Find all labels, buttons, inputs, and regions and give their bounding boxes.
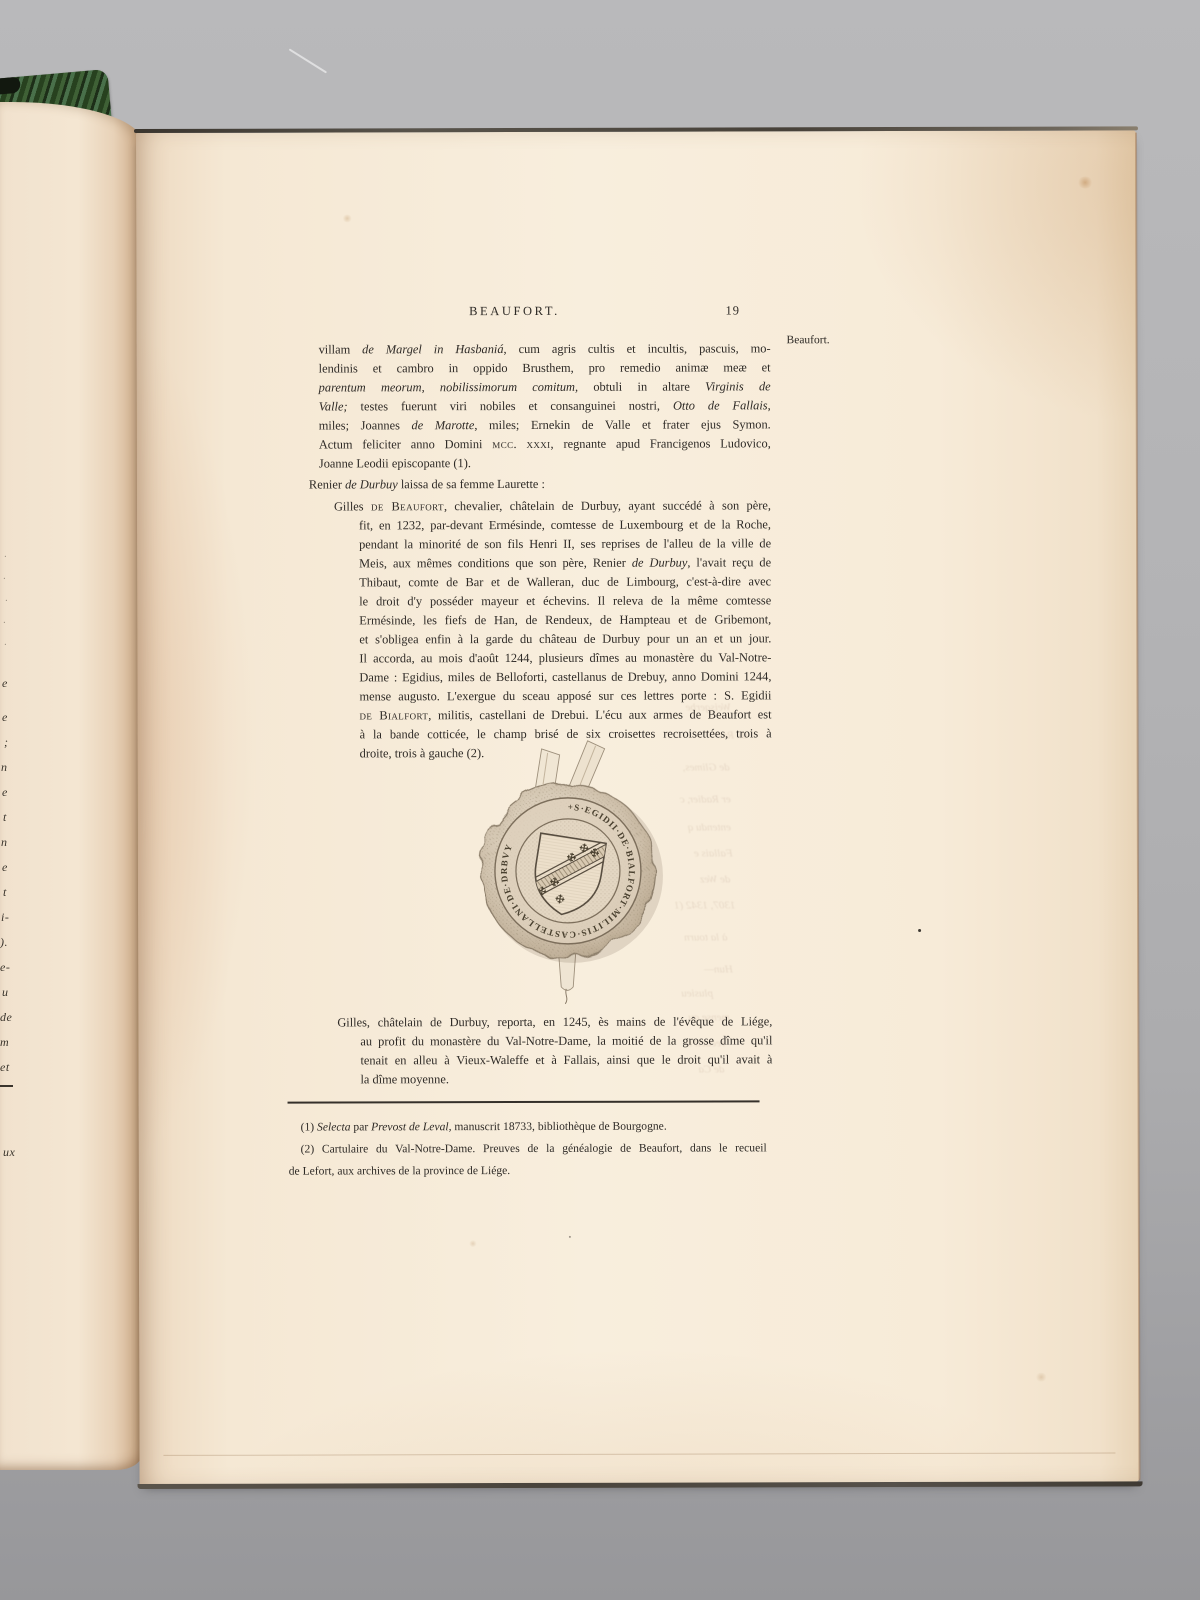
- text-line: Valle; testes fuerunt viri nobiles et co…: [319, 396, 771, 416]
- text-fragment: ;: [4, 735, 9, 750]
- text-line: fit, en 1232, par-devant Ermésinde, comt…: [359, 515, 771, 535]
- text-fragment: —: [0, 1085, 13, 1087]
- text-line: Gilles, châtelain de Durbuy, reporta, en…: [360, 1012, 772, 1032]
- text-fragment: ·: [3, 618, 6, 629]
- text-fragment: ux: [3, 1145, 15, 1160]
- text-fragment: Fallais e: [694, 847, 733, 859]
- text-line: (2) Cartulaire du Val-Notre-Dame. Preuve…: [289, 1137, 767, 1160]
- page-crease: [163, 1452, 1115, 1455]
- text-fragment: ·: [3, 574, 6, 585]
- running-head: BEAUFORT. 19: [318, 301, 770, 318]
- text-line: Thibaut, comte de Bar et de Walleran, du…: [359, 572, 771, 592]
- text-line: (1) Selecta par Prevost de Leval, manusc…: [289, 1115, 767, 1138]
- text-fragment: e: [2, 860, 8, 875]
- text-line: et s'obligea enfin à la garde du château…: [359, 629, 771, 649]
- text-line: tenait en alleu à Vieux-Waleffe et à Fal…: [360, 1050, 772, 1070]
- text-fragment: e: [2, 785, 8, 800]
- text-fragment: e-: [0, 960, 10, 975]
- text-line: le droit d'y posséder mayeur et échevins…: [359, 591, 771, 611]
- text-fragment: ·: [5, 596, 8, 607]
- text-fragment: t: [3, 810, 7, 825]
- text-fragment: à la tourn: [684, 931, 727, 943]
- text-fragment: et: [0, 1060, 10, 1075]
- text-fragment: de: [0, 1010, 12, 1025]
- text-fragment: de Glimes,: [683, 761, 730, 773]
- paragraph-gilles-chatelain: Gilles, châtelain de Durbuy, reporta, en…: [360, 1012, 772, 1089]
- book-photograph: { "colors":{"background_gray":"#b3b3b5",…: [0, 0, 1200, 1600]
- text-fragment: de Wez: [700, 873, 730, 885]
- text-fragment: entendu q: [688, 821, 731, 833]
- text-fragment: er Radier, c: [680, 793, 731, 805]
- facing-page-text-fragments: ·····ee;netneti-).e-udemet—ux: [0, 0, 30, 1600]
- text-line: au profit du monastère du Val-Notre-Dame…: [360, 1031, 772, 1051]
- text-fragment: e: [2, 710, 8, 725]
- text-line: pendant la minorité de son fils Henri II…: [359, 534, 771, 554]
- text-fragment: 1307, 1342 (1: [674, 899, 735, 911]
- text-line: Ermésinde, les fiefs de Han, de Rendeux,…: [359, 610, 771, 630]
- text-line: lendinis et cambro in oppido Brusthem, p…: [319, 358, 771, 378]
- text-fragment: u: [2, 985, 9, 1000]
- foxing-spot: [1077, 176, 1093, 188]
- text-line: Meis, aux mêmes conditions que son père,…: [359, 553, 771, 573]
- foxing-spot: [342, 214, 352, 222]
- page-top-edge: [134, 126, 1138, 133]
- seal-illustration: +S·EGIDII·DE·BIALFORT·MILITIS·CASTELLANI…: [472, 737, 673, 1006]
- background-scratch: [289, 48, 327, 73]
- margin-note: Beaufort.: [787, 334, 830, 346]
- text-fragment: m: [0, 1035, 9, 1050]
- text-line: Joanne Leodii episcopante (1).: [319, 453, 771, 473]
- renier-line: Renier de Durbuy laissa de sa femme Laur…: [309, 474, 771, 494]
- text-fragment: ·: [4, 552, 7, 563]
- text-fragment: Hun—: [704, 963, 733, 975]
- text-line: Il accorda, au mois d'août 1244, plusieu…: [359, 648, 771, 668]
- text-line: miles; Joannes de Marotte, miles; Erneki…: [319, 415, 771, 435]
- footnotes: (1) Selecta par Prevost de Leval, manusc…: [289, 1115, 767, 1182]
- ink-speck: [569, 1236, 571, 1238]
- page-title: BEAUFORT.: [469, 302, 560, 321]
- foxing-spot: [1035, 1373, 1047, 1382]
- text-fragment: ).: [0, 935, 8, 950]
- footnote-rule: [288, 1100, 760, 1103]
- text-line: de Lefort, aux archives de la province d…: [289, 1159, 767, 1182]
- paragraph-gilles-de-beaufort: Gilles de Beaufort, chevalier, châtelain…: [359, 496, 772, 763]
- text-line: villam de Margel in Hasbaniá, cum agris …: [319, 339, 771, 359]
- text-line: la dîme moyenne.: [360, 1069, 772, 1089]
- text-line: parentum meorum, nobilissimorum comitum,…: [319, 377, 771, 397]
- ink-speck: [918, 929, 921, 932]
- text-line: Gilles de Beaufort, chevalier, châtelain…: [359, 496, 771, 516]
- text-fragment: n: [1, 760, 8, 775]
- foxing-spot: [469, 1240, 477, 1247]
- text-line: Actum feliciter anno Domini mcc. xxxi, r…: [319, 434, 771, 454]
- text-fragment: ·: [4, 640, 7, 651]
- page-right-edge: [1135, 132, 1141, 1480]
- text-fragment: e: [2, 676, 8, 691]
- text-line: Dame : Egidius, miles de Belloforti, cas…: [359, 667, 771, 687]
- text-line: mense augusto. L'exergue du sceau apposé…: [359, 686, 771, 706]
- page-bottom-edge: [138, 1481, 1143, 1489]
- text-fragment: n: [1, 835, 8, 850]
- text-fragment: t: [3, 885, 7, 900]
- text-line: de Bialfort, militis, castellani de Dreb…: [360, 705, 772, 725]
- text-fragment: plusieu: [681, 987, 713, 999]
- text-fragment: i-: [1, 910, 9, 925]
- right-page: Weisgerbede Recde Glimes,er Radier, cent…: [136, 130, 1140, 1485]
- page-number: 19: [725, 301, 740, 320]
- paragraph-latin: villam de Margel in Hasbaniá, cum agris …: [319, 339, 771, 473]
